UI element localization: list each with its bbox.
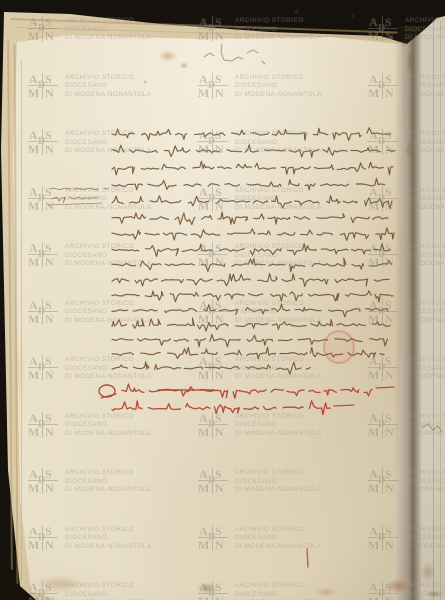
manuscript-photo: ASDMNARCHIVIO STORICODIOCESANODI MODENA-… — [0, 0, 445, 600]
left-edge-crease — [21, 60, 22, 580]
stain — [349, 13, 356, 19]
watermark-text-line: ARCHIVIO STORICO — [235, 17, 322, 26]
book-gutter-shadow — [394, 26, 422, 600]
stain — [292, 7, 301, 16]
manuscript-page — [0, 0, 445, 600]
